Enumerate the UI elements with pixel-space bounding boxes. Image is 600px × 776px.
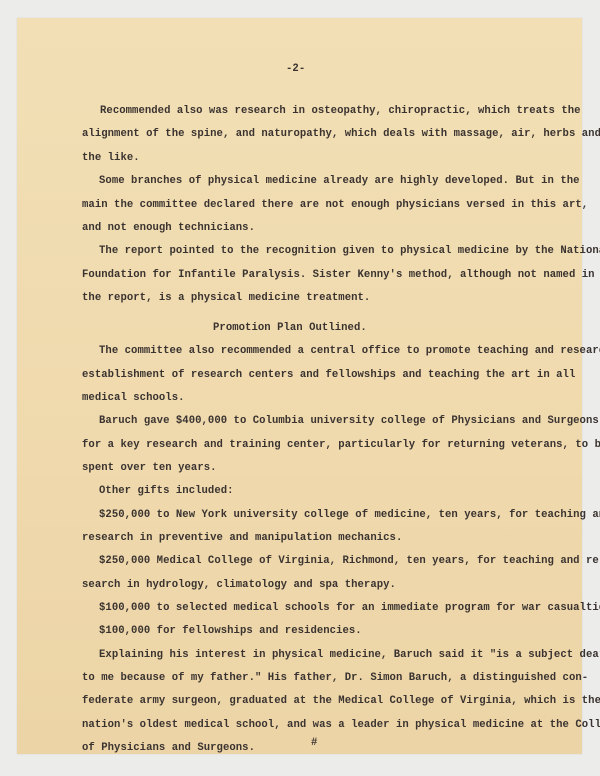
text-line: and not enough technicians.: [82, 222, 255, 234]
text-line: $100,000 for fellowships and residencies…: [99, 625, 362, 637]
text-line: the report, is a physical medicine treat…: [82, 292, 370, 304]
text-line: alignment of the spine, and naturopathy,…: [82, 128, 600, 140]
end-mark: #: [311, 737, 317, 749]
text-line: search in hydrology, climatology and spa…: [82, 579, 396, 591]
text-line: Some branches of physical medicine alrea…: [99, 175, 580, 187]
text-line: $250,000 to New York university college …: [99, 509, 600, 521]
text-line: The committee also recommended a central…: [99, 345, 600, 357]
text-line: Explaining his interest in physical medi…: [99, 649, 600, 661]
text-line: to me because of my father." His father,…: [82, 672, 588, 684]
text-line: nation's oldest medical school, and was …: [82, 719, 600, 731]
text-line: spent over ten years.: [82, 462, 217, 474]
text-line: Baruch gave $400,000 to Columbia univers…: [99, 415, 599, 427]
text-line: main the committee declared there are no…: [82, 199, 588, 211]
text-line: of Physicians and Surgeons.: [82, 742, 255, 754]
text-line: establishment of research centers and fe…: [82, 369, 575, 381]
text-line: research in preventive and manipulation …: [82, 532, 402, 544]
page-number: -2-: [286, 63, 305, 75]
text-line: Recommended also was research in osteopa…: [100, 105, 581, 117]
text-line: federate army surgeon, graduated at the …: [82, 695, 600, 707]
section-heading: Promotion Plan Outlined.: [213, 322, 367, 334]
text-line: Foundation for Infantile Paralysis. Sist…: [82, 269, 595, 281]
text-line: $250,000 Medical College of Virginia, Ri…: [99, 555, 600, 567]
text-line: for a key research and training center, …: [82, 439, 600, 451]
text-line: Other gifts included:: [99, 485, 234, 497]
text-line: medical schools.: [82, 392, 185, 404]
text-line: $100,000 to selected medical schools for…: [99, 602, 600, 614]
text-line: The report pointed to the recognition gi…: [99, 245, 600, 257]
text-line: the like.: [82, 152, 140, 164]
